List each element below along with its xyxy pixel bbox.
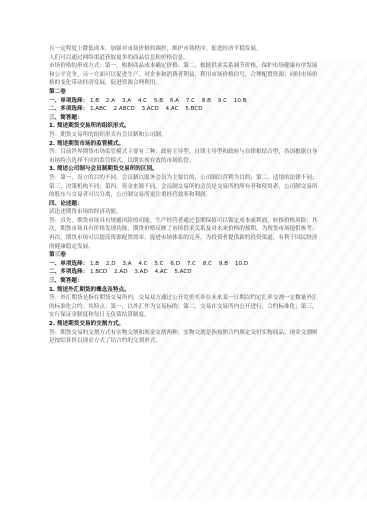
intro-paragraph-3: 市场价格的形成方式：第一，根据商品成本确定价格；第二，根据供求关系调节价格，保护… — [49, 62, 321, 88]
volume2-short-answer-label: 三、简答题： — [49, 114, 321, 123]
document-page: 且一定程度上降低成本，加强对市场价格的调控，维护市场秩序，促进经济平稳发展。 人… — [49, 45, 321, 346]
answer: 9.B — [219, 261, 228, 267]
answer: 2.A — [106, 98, 115, 104]
answer: 2.AD — [114, 269, 127, 275]
volume2-essay-label: 四、论述题： — [49, 200, 321, 209]
answer: 4.AC — [155, 269, 168, 275]
answer: 8.C — [203, 261, 212, 267]
answer-text: 答：第一，设立的目的不同。会员制以服务会员为主要目的，公司制以营利为目的；第二，… — [49, 174, 321, 200]
answer: 7.C — [187, 261, 196, 267]
answer: 7.C — [186, 98, 195, 104]
answer: 3.A — [122, 98, 131, 104]
answer: 10.B — [234, 98, 247, 104]
answer: 4.C — [138, 98, 147, 104]
volume2-multi-choice: 二、多项选择： 1.ABC 2.ABCD 3.ACD 4.AC 5.BCD — [49, 105, 321, 114]
answer: 2.D — [106, 261, 116, 267]
answer-text: 答：目前世界期货市场监管模式主要有三种：政府主导型、自律主导型和政府与自律相结合… — [49, 148, 321, 165]
answer: 5.B — [154, 98, 163, 104]
answer: 1.B — [90, 98, 99, 104]
answer-text: 答：期货交易所的组织形式有会员制和公司制。 — [49, 131, 321, 140]
single-choice-label: 一、单项选择： — [49, 98, 88, 104]
intro-paragraph-1: 且一定程度上降低成本，加强对市场价格的调控，维护市场秩序，促进经济平稳发展。 — [49, 45, 321, 54]
volume3-short-answer-label: 三、简答题： — [49, 277, 321, 286]
essay-prompt: 试论述期货市场的经济功能。 — [49, 208, 321, 217]
question: 2. 简述期货市场的监管模式。 — [49, 140, 321, 149]
volume3-multi-choice: 二、多项选择： 1.BCD 2.AD 3.AD 4.AC 5.ACD — [49, 268, 321, 277]
answer: 1.BCD — [90, 269, 107, 275]
question: 2. 简述期货交易的交割方式。 — [49, 320, 321, 329]
answer: 3.AD — [134, 269, 147, 275]
single-choice-label: 一、单项选择： — [49, 261, 88, 267]
answer: 10.D — [235, 261, 248, 267]
answer-text: 答：期货交易的交割方式有实物交割和现金交割两种，实物交割是指按照合约规定交付实物… — [49, 329, 321, 346]
essay-answer: 答：首先，期货市场具有规避风险的功能，生产经营者通过套期保值可以锁定成本或利润，… — [49, 217, 321, 251]
volume2-single-choice: 一、单项选择： 1.B 2.A 3.A 4.C 5.B 6.A 7.C 8.B … — [49, 97, 321, 106]
volume3-title: 第三卷 — [49, 251, 321, 260]
intro-paragraph-2: 人们可以通过网络渠道获取更多的商品信息和价格信息。 — [49, 54, 321, 63]
answer: 9.C — [218, 98, 227, 104]
multi-choice-label: 二、多项选择： — [49, 106, 88, 112]
answer: 4.C — [138, 261, 147, 267]
question: 1. 简述期货交易所的组织形式。 — [49, 122, 321, 131]
answer: 6.A — [170, 98, 179, 104]
volume3-single-choice: 一、单项选择： 1.B 2.D 3.A 4.C 5.C 6.D 7.C 8.C … — [49, 260, 321, 269]
question: 1. 简述外汇期货的概念及特点。 — [49, 286, 321, 295]
answer: 1.B — [90, 261, 99, 267]
answer: 5.ACD — [174, 269, 191, 275]
answer: 6.D — [170, 261, 180, 267]
answer: 5.BCD — [185, 106, 202, 112]
answer: 3.ACD — [141, 106, 158, 112]
answer: 8.B — [202, 98, 211, 104]
answer: 5.C — [154, 261, 163, 267]
volume2-title: 第二卷 — [49, 88, 321, 97]
answer-text: 答：外汇期货是指在期货交易所内，交易双方通过公开竞价买卖在未来某一日期以约定汇率… — [49, 294, 321, 320]
answer: 3.A — [122, 261, 131, 267]
answer: 2.ABCD — [114, 106, 135, 112]
answer: 1.ABC — [90, 106, 107, 112]
multi-choice-label: 二、多项选择： — [49, 269, 88, 275]
question: 3. 简述公司制与会员制期货交易所的区别。 — [49, 165, 321, 174]
answer: 4.AC — [166, 106, 179, 112]
